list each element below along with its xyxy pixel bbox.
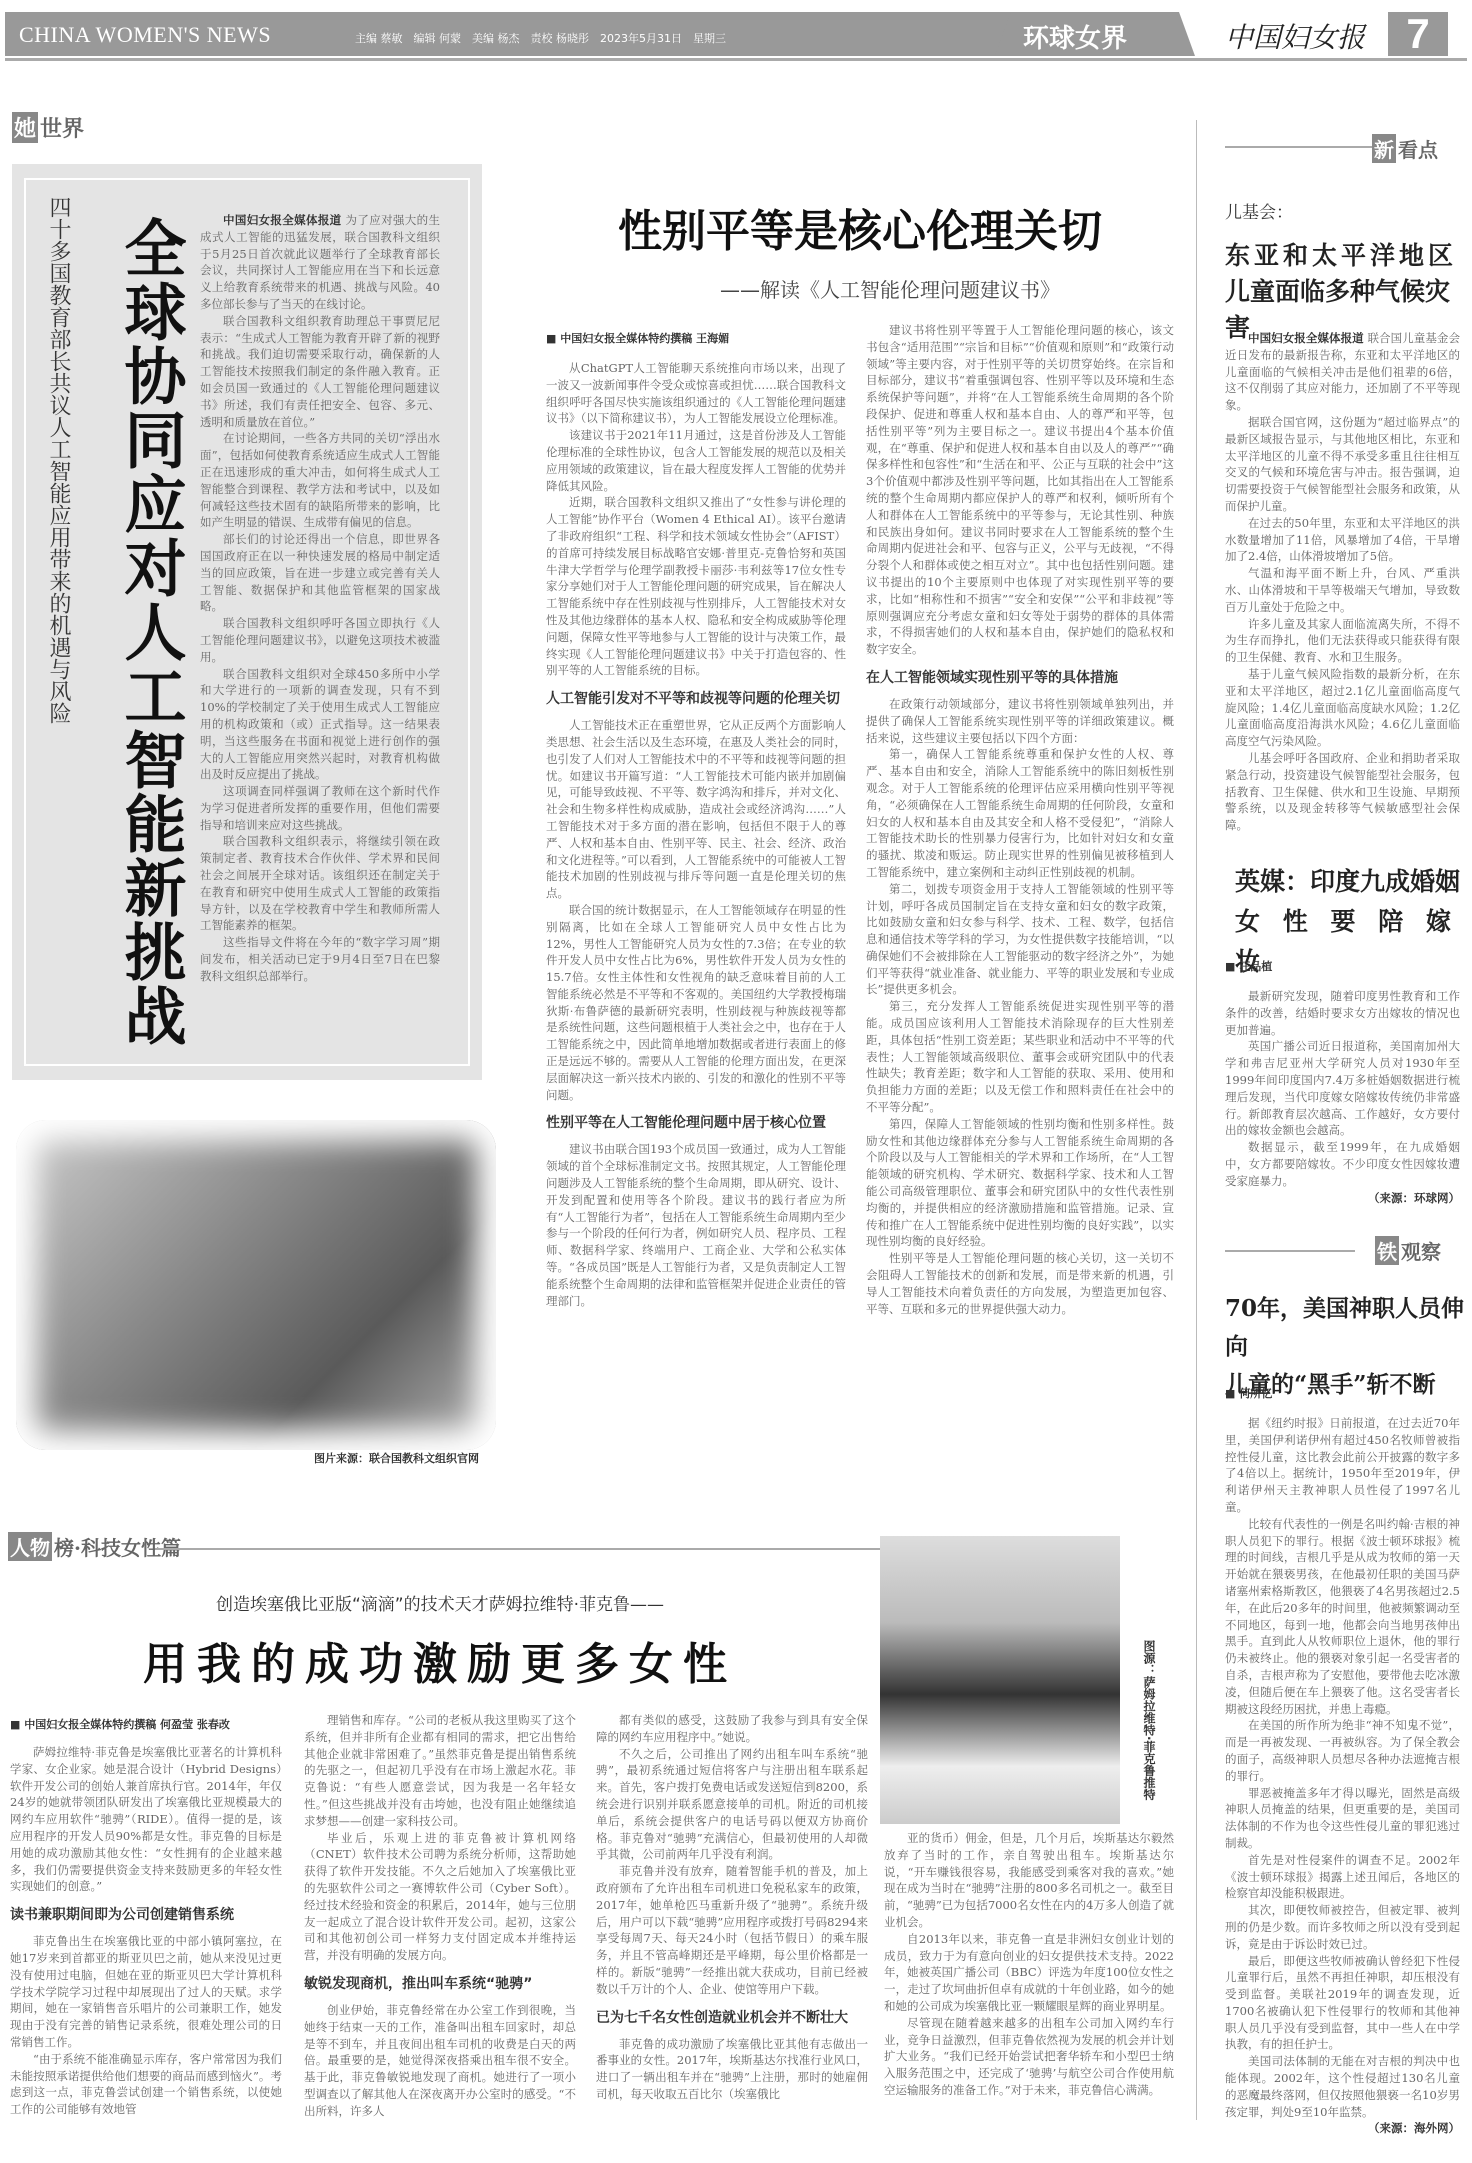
paragraph: 数据显示，截至1999年，在九成婚姻中，女方都要陪嫁妆。不少印度女性因嫁妆遭受家… bbox=[1225, 1139, 1460, 1189]
paragraph: 最新研究发现，随着印度男性教育和工作条件的改善，结婚时要求女方出嫁妆的情况也更加… bbox=[1225, 988, 1460, 1038]
title-line: 英媒：印度九成婚姻 bbox=[1235, 862, 1465, 902]
sidebar-kicker-observe: 铁观察 bbox=[1375, 1236, 1441, 1265]
paragraph: 中国妇女报全媒体报道 联合国儿童基金会近日发布的最新报告称，东亚和太平洋地区的儿… bbox=[1225, 330, 1460, 414]
paragraph: 理销售和库存。“公司的老板从我这里购买了这个系统，但并非所有企业都有相同的需求，… bbox=[304, 1712, 576, 1830]
feature-pretitle: 创造埃塞俄比亚版“滴滴”的技术天才萨姆拉维特·菲克鲁—— bbox=[120, 1590, 760, 1615]
feature-byline: 中国妇女报全媒体特约撰稿 何盈莹 张春改 bbox=[10, 1716, 230, 1732]
kicker-box: 铁 bbox=[1375, 1236, 1399, 1265]
paragraph: 菲克鲁的成功激励了埃塞俄比亚其他有志做出一番事业的女性。2017年，埃斯基达尔找… bbox=[596, 2036, 868, 2103]
kicker-box: 人物 bbox=[8, 1532, 52, 1561]
section-heading: 人工智能引发对不平等和歧视等问题的伦理关切 bbox=[546, 689, 846, 709]
kicker-text: 观察 bbox=[1401, 1240, 1441, 1264]
paragraph: 联合国教科文组织呼吁各国立即执行《人工智能伦理问题建议书》，以避免这项技术被滥用… bbox=[200, 615, 440, 665]
paragraph: 最后，即便这些牧师被确认曾经犯下性侵儿童罪行后，虽然不再担任神职，却压根没有受到… bbox=[1225, 1953, 1460, 2054]
paragraph: 创业伊始，菲克鲁经常在办公室工作到很晚，当她终于结束一天的工作，准备叫出租车回家… bbox=[304, 2002, 576, 2120]
paragraph: 联合国教科文组织教育助理总干事贾尼尼表示：“生成式人工智能为教育开辟了新的视野和… bbox=[200, 313, 440, 431]
paragraph: 人工智能技术正在重塑世界，它从正反两个方面影响人类思想、社会生活以及生态环境，在… bbox=[546, 717, 846, 902]
title-line: 70年，美国神职人员伸向 bbox=[1225, 1290, 1465, 1366]
feature-column-2: 理销售和库存。“公司的老板从我这里购买了这个系统，但并非所有企业都有相同的需求，… bbox=[304, 1712, 576, 2120]
paragraph: 亚的货币）佣金，但是，几个月后，埃斯基达尔毅然放弃了当时的工作，亲自驾驶出租车。… bbox=[884, 1830, 1174, 1931]
kicker-rule bbox=[1225, 1250, 1355, 1252]
kicker-box: 新 bbox=[1372, 134, 1396, 163]
lead-subtitle: 四十多国教育部长共议人工智能应用带来的机遇与风险 bbox=[36, 196, 76, 724]
paragraph: 罪恶被掩盖多年才得以曝光，固然是高级神职人员掩盖的结果，但更重要的是，美国司法体… bbox=[1225, 1785, 1460, 1852]
paragraph: 这项调查同样强调了教师在这个新时代作为学习促进者所发挥的重要作用，但他们需要指导… bbox=[200, 783, 440, 833]
center-article-subtitle: ——解读《人工智能伦理问题建议书》 bbox=[640, 274, 1140, 303]
kicker-rule bbox=[1225, 146, 1375, 148]
source-credit: （来源：环球网） bbox=[1225, 1190, 1460, 1207]
paragraph: 该建议书于2021年11月通过，这是首份涉及人工智能伦理标准的全球性协议，包含人… bbox=[546, 427, 846, 494]
source-credit: （来源：海外网） bbox=[1225, 2120, 1460, 2137]
paragraph: 中国妇女报全媒体报道 为了应对强大的生成式人工智能的迅猛发展，联合国教科文组织于… bbox=[200, 212, 440, 313]
feature-title: 用我的成功激励更多女性 bbox=[60, 1628, 820, 1692]
paragraph: 基于儿童气候风险指数的最新分析，在东亚和太平洋地区，超过2.1亿儿童面临高度气旋… bbox=[1225, 666, 1460, 750]
paragraph: 萨姆拉维特·菲克鲁是埃塞俄比亚著名的计算机科学家、女企业家。她是混合设计（Hyb… bbox=[10, 1744, 282, 1895]
paragraph: 性别平等是人工智能伦理问题的核心关切，这一关切不会阻碍人工智能技术的创新和发展，… bbox=[866, 1250, 1174, 1317]
section-heading: 已为七千名女性创造就业机会并不断壮大 bbox=[596, 2008, 868, 2028]
masthead: CHINA WOMEN'S NEWS 主编 蔡敏 编辑 何蒙 美编 杨杰 责校 … bbox=[5, 12, 1467, 60]
paragraph: 尽管现在随着越来越多的出租车公司加入网约车行业，竞争日益激烈，但菲克鲁依然视为发… bbox=[884, 2015, 1174, 2099]
paragraph: 儿基会呼吁各国政府、企业和捐助者采取紧急行动，投资建设气候智能型社会服务，包括教… bbox=[1225, 750, 1460, 834]
paragraph: 首先是对性侵案件的调查不足。2002年《波士顿环球报》揭露上述丑闻后，各地区的检… bbox=[1225, 1852, 1460, 1902]
kicker-text: 看点 bbox=[1398, 138, 1438, 162]
feature-column-3: 都有类似的感受，这鼓励了我参与到具有安全保障的网约车应用程序中。”她说。不久之后… bbox=[596, 1712, 868, 2103]
editor-meta: 主编 蔡敏 编辑 何蒙 美编 杨杰 责校 杨晓彤 2023年5月31日 星期三 bbox=[355, 30, 726, 46]
lead-title: 全球协同应对人工智能新挑战 bbox=[110, 216, 190, 1048]
photo-caption: 图片来源：联合国教科文组织官网 bbox=[314, 1450, 479, 1466]
paragraph: 其次，即便牧师被控告，但被定罪、被判刑的仍是少数。而许多牧师之所以没有受到起诉，… bbox=[1225, 1902, 1460, 1952]
section-title: 环球女界 bbox=[1023, 18, 1127, 55]
page-number: 7 bbox=[1388, 12, 1448, 56]
story2-byline: 汪品植 bbox=[1225, 958, 1272, 974]
masthead-divider bbox=[5, 58, 1467, 61]
paragraph: 从ChatGPT人工智能聊天系统推向市场以来，出现了一波又一波新闻事件令受众或惊… bbox=[546, 360, 846, 427]
paragraph: 据《纽约时报》日前报道，在过去近70年里，美国伊利诺伊州有超过450名牧师曾被指… bbox=[1225, 1415, 1460, 1516]
paragraph: 在过去的50年里，东亚和太平洋地区的洪水数量增加了11倍，风暴增加了4倍，干旱增… bbox=[1225, 515, 1460, 565]
story1-body: 中国妇女报全媒体报道 联合国儿童基金会近日发布的最新报告称，东亚和太平洋地区的儿… bbox=[1225, 330, 1460, 834]
paragraph: 部长们的讨论还得出一个信息，即世界各国国政府正在以一种快速发展的格局中制定适当的… bbox=[200, 531, 440, 615]
center-column-1: 从ChatGPT人工智能聊天系统推向市场以来，出现了一波又一波新闻事件令受众或惊… bbox=[546, 360, 846, 1309]
kicker-box: 她 bbox=[12, 112, 38, 143]
paragraph: 都有类似的感受，这鼓励了我参与到具有安全保障的网约车应用程序中。”她说。 bbox=[596, 1712, 868, 1746]
feature-kicker: 人物榜·科技女性篇 bbox=[8, 1532, 181, 1561]
section-heading: 读书兼职期间即为公司创建销售系统 bbox=[10, 1905, 282, 1925]
section-heading: 性别平等在人工智能伦理问题中居于核心位置 bbox=[546, 1113, 846, 1133]
story3-byline: 何所忆 bbox=[1225, 1385, 1272, 1401]
story3-body: 据《纽约时报》日前报道，在过去近70年里，美国伊利诺伊州有超过450名牧师曾被指… bbox=[1225, 1415, 1460, 2137]
paragraph: 在政策行动领域部分，建议书将性别领域单独列出，并提供了确保人工智能系统实现性别平… bbox=[866, 696, 1174, 746]
paragraph: 联合国的统计数据显示，在人工智能领域存在明显的性别隔离，比如在全球人工智能研究人… bbox=[546, 902, 846, 1104]
samrawit-fikru-photo bbox=[880, 1536, 1120, 1824]
story2-body: 最新研究发现，随着印度男性教育和工作条件的改善，结婚时要求女方出嫁妆的情况也更加… bbox=[1225, 988, 1460, 1206]
lead-kicker: 她世界 bbox=[12, 112, 84, 143]
section-heading: 在人工智能领域实现性别平等的具体措施 bbox=[866, 668, 1174, 688]
paragraph: 美国司法体制的无能在对吉根的判决中也能体现。2002年，这个性侵超过130名儿童… bbox=[1225, 2053, 1460, 2120]
center-byline: 中国妇女报全媒体特约撰稿 王海媚 bbox=[546, 330, 729, 346]
paragraph: 建议书由联合国193个成员国一致通过，成为人工智能领域的首个全球标准制定文书。按… bbox=[546, 1141, 846, 1309]
title-line: 东亚和太平洋地区 bbox=[1225, 238, 1465, 274]
section-banner: 环球女界 bbox=[995, 12, 1195, 56]
paragraph: 在讨论期间，一些各方共同的关切“浮出水面”，包括如何使教育系统适应生成式人工智能… bbox=[200, 430, 440, 531]
paragraph: 在美国的所作所为绝非“神不知鬼不觉”，而是一再被发现、一再被纵容。为了保全教会的… bbox=[1225, 1717, 1460, 1784]
paragraph: 气温和海平面不断上升，台风、严重洪水、山体滑坡和干旱等极端天气增加，导致数百万儿… bbox=[1225, 565, 1460, 615]
paragraph: 第一，确保人工智能系统尊重和保护女性的人权、尊严、基本自由和安全，消除人工智能系… bbox=[866, 746, 1174, 880]
center-column-2: 建议书将性别平等置于人工智能伦理问题的核心，该文书包含“适用范围”“宗旨和目标”… bbox=[866, 322, 1174, 1317]
paragraph: 据联合国官网，这份题为“超过临界点”的最新区域报告显示，与其他地区相比，东亚和太… bbox=[1225, 414, 1460, 515]
paper-name-en: CHINA WOMEN'S NEWS bbox=[19, 22, 271, 48]
paragraph: 近期，联合国教科文组织又推出了“女性参与讲伦理的人工智能”协作平台（Women … bbox=[546, 494, 846, 679]
paragraph: 毕业后，乐观上进的菲克鲁被计算机网络（CNET）软件技术公司聘为系统分析师，这帮… bbox=[304, 1830, 576, 1964]
paragraph: 自2013年以来，菲克鲁一直是非洲妇女创业计划的成员，致力于为有意向创业的妇女提… bbox=[884, 1931, 1174, 2015]
paragraph: 联合国教科文组织表示，将继续引领在政策制定者、教育技术合作伙伴、学术界和民间社会… bbox=[200, 833, 440, 934]
paragraph: 第四，保障人工智能领域的性别均衡和性别多样性。鼓励女性和其他边缘群体充分参与人工… bbox=[866, 1116, 1174, 1250]
paper-logo: 中国妇女报 bbox=[1225, 16, 1365, 56]
paragraph: 比较有代表性的一例是名叫约翰·吉根的神职人员犯下的罪行。根据《波士顿环球报》梳理… bbox=[1225, 1516, 1460, 1718]
lead-article-body: 中国妇女报全媒体报道 为了应对强大的生成式人工智能的迅猛发展，联合国教科文组织于… bbox=[200, 212, 440, 985]
sidebar-kicker-new: 新看点 bbox=[1372, 134, 1438, 163]
paragraph: 第二，划拨专项资金用于支持人工智能领域的性别平等计划，呼吁各成员国制定旨在支持女… bbox=[866, 881, 1174, 999]
paragraph: 菲克鲁出生在埃塞俄比亚的中部小镇阿塞拉，在她17岁来到首都亚的斯亚贝巴之前，她从… bbox=[10, 1933, 282, 2051]
paragraph: 联合国教科文组织对全球450多所中小学和大学进行的一项新的调查发现，只有不到10… bbox=[200, 666, 440, 784]
story1-pretitle: 儿基会： bbox=[1225, 198, 1293, 223]
paragraph: 这些指导文件将在今年的“数字学习周”期间发布，相关活动已定于9月4日至7日在巴黎… bbox=[200, 934, 440, 984]
feature-column-4: 亚的货币）佣金，但是，几个月后，埃斯基达尔毅然放弃了当时的工作，亲自驾驶出租车。… bbox=[884, 1830, 1174, 2099]
feature-photo-caption: 图源：萨姆拉维特·菲克鲁推特 bbox=[1142, 1640, 1158, 1801]
paragraph: “由于系统不能准确显示库存，客户常常因为我们未能按照承诺提供给他们想要的商品而感… bbox=[10, 2051, 282, 2118]
paragraph: 建议书将性别平等置于人工智能伦理问题的核心，该文书包含“适用范围”“宗旨和目标”… bbox=[866, 322, 1174, 658]
paragraph: 菲克鲁并没有放弃，随着智能手机的普及，加上政府颁布了允许出租车司机进口免税私家车… bbox=[596, 1863, 868, 1997]
sidebar-divider bbox=[1196, 120, 1197, 2120]
paragraph: 英国广播公司近日报道称，美国南加州大学和弗吉尼亚州大学研究人员对1930年至19… bbox=[1225, 1038, 1460, 1139]
kicker-text: 世界 bbox=[40, 116, 84, 142]
children-coding-photo bbox=[16, 1120, 496, 1450]
center-article-title: 性别平等是核心伦理关切 bbox=[560, 195, 1160, 259]
feature-column-1: 萨姆拉维特·菲克鲁是埃塞俄比亚著名的计算机科学家、女企业家。她是混合设计（Hyb… bbox=[10, 1744, 282, 2118]
section-heading: 敏锐发现商机，推出叫车系统“驰骋” bbox=[304, 1974, 576, 1994]
paragraph: 许多儿童及其家人面临流离失所，不得不为生存而挣扎，他们无法获得或只能获得有限的卫… bbox=[1225, 616, 1460, 666]
paragraph: 第三，充分发挥人工智能系统促进实现性别平等的潜能。成员国应该利用人工智能技术消除… bbox=[866, 998, 1174, 1116]
paragraph: 不久之后，公司推出了网约出租车叫车系统“驰骋”，最初系统通过短信将客户与注册出租… bbox=[596, 1746, 868, 1864]
